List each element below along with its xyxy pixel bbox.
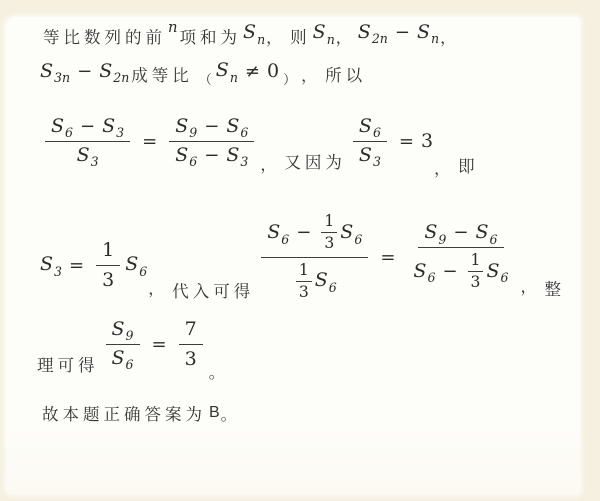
math-operator: ≠ [245,61,260,82]
math-variable: n [168,19,178,36]
math-group: Sn [313,23,335,43]
text-run: 所以 [325,62,366,86]
math-group: S2n−Sn [358,22,439,43]
fraction-numerator: S6−S3 [45,116,130,142]
math-variable-subscripted: Sn [417,23,439,43]
math-operator: − [453,223,468,243]
math-group: S3=13S6 [40,239,147,292]
math-variable: S [226,146,239,166]
math-variable: S [40,255,53,275]
math-variable-subscripted: S6 [226,117,248,137]
math-fraction: S9−S6S6−13S6 [407,222,514,292]
math-subscript: 6 [189,155,197,168]
math-variable-subscripted: S6 [315,271,337,291]
math-subscript: 3 [240,155,248,168]
solution-line-5: 理可得S9S6=73。 [35,317,231,371]
math-operator: − [296,223,311,243]
punctuation: ， [260,152,276,175]
math-subscript: 9 [438,233,446,246]
math-variable-subscripted: S6 [359,117,381,137]
parenthesis: ） [283,69,296,88]
math-variable: S [476,223,489,243]
math-subscript: 6 [65,126,73,139]
math-number: 3 [102,270,114,291]
math-operator: − [442,262,457,282]
math-subscript: 9 [189,126,197,139]
math-subscript: n [327,33,335,46]
fraction-numerator: S9−S6 [418,222,503,248]
math-variable: S [216,61,229,81]
math-variable-subscripted: S6 [112,349,134,369]
math-variable-subscripted: S6 [267,223,289,243]
solution-line-4: S3=13S6，代入可得S6−13S613S6=S9−S6S6−13S6，整 [40,201,567,313]
math-subscript: 3 [373,155,381,168]
math-variable-subscripted: S6 [175,146,197,166]
math-variable-subscripted: S2n [358,23,388,43]
fraction-denominator: 3 [468,272,484,291]
text-run: 则 [290,24,311,48]
math-fraction: S9S6 [106,319,140,370]
math-variable-subscripted: S9 [112,320,134,340]
math-subscript: 3 [54,265,62,278]
text-run: 等比数列的前 [43,24,166,48]
math-subscript: 2n [372,32,388,45]
math-variable-subscripted: S9 [424,223,446,243]
fraction-denominator: 13S6 [287,258,343,302]
math-subscript: n [431,32,439,45]
math-operator: − [204,146,219,166]
solution-document: 等比数列的前n项和为Sn，则Sn，S2n−Sn， S3n−S2n成等比（Sn≠0… [0,0,600,501]
fraction-numerator: S9 [106,319,140,345]
solution-line-1: 等比数列的前n项和为Sn，则Sn，S2n−Sn， [41,22,462,48]
text-run: 即 [458,153,479,177]
math-subscript: 3n [54,71,70,84]
parenthesis: （ [199,69,212,88]
fraction-denominator: S6−13S6 [407,248,514,292]
text-run: 又因为 [284,149,346,173]
math-variable: S [417,23,430,43]
math-subscript: 6 [373,126,381,139]
math-variable: S [413,262,426,282]
math-variable: S [175,146,188,166]
math-group: Sn [243,23,265,43]
math-number: 3 [421,130,433,152]
math-variable: S [243,23,256,43]
math-variable: S [226,117,239,137]
fraction-numerator: S6 [353,116,387,142]
fraction-denominator: S3 [353,142,387,167]
math-fraction: 13 [468,252,484,291]
punctuation: ， [434,156,450,179]
math-variable: S [267,223,280,243]
math-operator: − [395,22,410,43]
math-operator: = [152,334,167,355]
math-variable-subscripted: S6 [486,262,508,282]
math-variable: S [424,223,437,243]
math-variable: S [359,117,372,137]
math-operator: = [380,247,395,268]
math-fraction: S6−13S613S6 [261,212,368,302]
math-subscript: 6 [427,271,435,284]
math-subscript: 6 [354,233,362,246]
math-number: 0 [267,60,279,82]
math-variable-subscripted: S9 [175,117,197,137]
math-variable: S [51,117,64,137]
math-fraction: 73 [179,318,203,371]
math-subscript: 6 [329,281,337,294]
punctuation: ， [336,25,352,48]
text-run: 代入可得 [172,278,254,302]
fraction-numerator: 1 [96,239,120,266]
math-variable-subscripted: S3 [77,146,99,166]
math-variable-subscripted: S3n [40,62,70,82]
math-variable-subscripted: Sn [313,23,335,43]
math-variable: S [358,23,371,43]
math-subscript: 6 [139,265,147,278]
math-variable-subscripted: S6 [413,262,435,282]
math-number: 3 [185,349,197,370]
math-operator: − [77,61,92,82]
punctuation: 。 [221,402,237,425]
math-operator: − [204,117,219,137]
fraction-denominator: S6−S3 [169,142,254,167]
math-number: 3 [471,274,481,291]
math-number: 1 [299,262,309,279]
math-variable-subscripted: S6 [51,117,73,137]
punctuation: ， [520,274,536,297]
math-number: 1 [102,240,114,261]
fraction-denominator: S6 [106,345,140,370]
text-run: 项和为 [180,24,242,48]
math-number: 1 [471,252,481,269]
math-fraction: 13 [96,239,120,292]
fraction-numerator: 7 [179,318,203,345]
punctuation: ， [266,25,282,48]
math-variable-subscripted: S3 [102,117,124,137]
fraction-denominator: S3 [71,142,105,167]
math-variable: S [125,255,138,275]
math-variable: S [112,320,125,340]
text-run: 理可得 [37,352,99,376]
math-number: 3 [324,235,334,252]
math-subscript: n [230,71,238,84]
math-number: 1 [324,213,334,230]
fraction-numerator: 1 [321,213,337,233]
math-subscript: 2n [113,71,129,84]
math-variable-subscripted: S6 [476,223,498,243]
math-number: 7 [185,319,197,340]
math-variable: S [99,62,112,82]
math-variable: S [175,117,188,137]
fraction-denominator: 3 [321,233,337,252]
fraction-numerator: 1 [296,262,312,282]
math-fraction: S6S3 [353,116,387,167]
math-group: Sn≠0 [216,60,279,82]
math-variable: S [77,146,90,166]
punctuation: 。 [209,360,225,383]
fraction-denominator: 3 [179,345,203,371]
math-subscript: 6 [240,126,248,139]
math-subscript: 9 [126,329,134,342]
math-variable: S [340,223,353,243]
math-variable-subscripted: S2n [99,62,129,82]
answer-letter: B [209,404,220,422]
fraction-denominator: 3 [96,266,120,292]
math-variable-subscripted: S3 [226,146,248,166]
math-fraction: 13 [321,213,337,252]
math-variable-subscripted: Sn [216,61,238,81]
math-subscript: n [257,33,265,46]
math-variable-subscripted: S6 [340,223,362,243]
solution-line-3: S6−S3S3=S9−S6S6−S3，又因为S6S3=3，即 [40,114,481,168]
math-operator: = [399,131,414,152]
math-variable-subscripted: S6 [125,255,147,275]
math-operator: = [142,131,157,152]
math-subscript: 6 [281,233,289,246]
fraction-numerator: S9−S6 [169,116,254,142]
math-operator: = [69,255,84,276]
math-variable-subscripted: Sn [243,23,265,43]
solution-line-6: 故本题正确答案为B。 [40,401,243,425]
math-variable-subscripted: S3 [359,146,381,166]
punctuation: ， [301,63,317,86]
math-subscript: 3 [116,126,124,139]
math-subscript: 6 [490,233,498,246]
math-variable: S [102,117,115,137]
math-variable-subscripted: S3 [40,255,62,275]
math-subscript: 6 [126,358,134,371]
math-fraction: S6−S3S3 [45,116,130,167]
fraction-numerator: S6−13S6 [261,212,368,257]
text-run: 故本题正确答案为 [42,401,206,425]
math-fraction: 13 [296,262,312,301]
math-subscript: 3 [91,155,99,168]
math-subscript: 6 [501,271,509,284]
math-group: S3n−S2n [40,61,129,82]
math-variable: S [40,62,53,82]
fraction-denominator: 3 [296,282,312,301]
fraction-numerator: 1 [468,252,484,272]
math-fraction: S9−S6S6−S3 [169,116,254,167]
punctuation: ， [148,276,164,299]
math-number: 3 [299,284,309,301]
punctuation: ， [440,25,456,48]
math-variable: S [313,23,326,43]
text-run: 成等比 [131,62,193,86]
text-run: 整 [545,276,566,300]
math-variable: S [112,349,125,369]
math-operator: − [80,117,95,137]
math-variable: S [359,146,372,166]
math-variable: S [486,262,499,282]
math-variable: S [315,271,328,291]
solution-line-2: S3n−S2n成等比（Sn≠0），所以 [40,58,368,86]
